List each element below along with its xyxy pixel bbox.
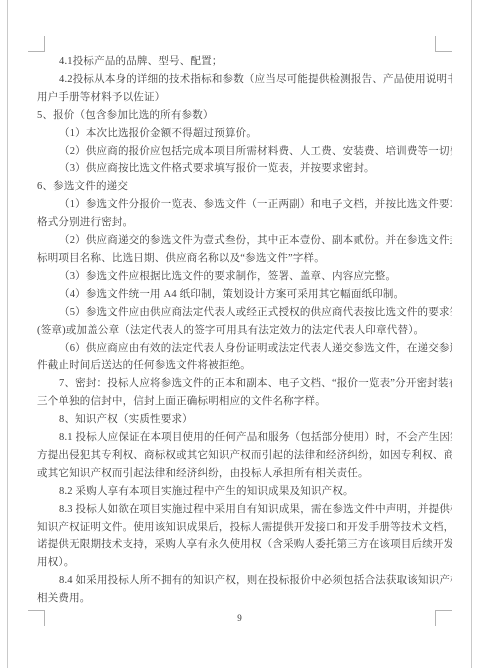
document-line: 用户手册等材料予以佐证）	[37, 89, 452, 107]
crop-mark-top-left	[28, 36, 45, 52]
document-line: （3）参选文件应根据比选文件的要求制作，签署、盖章、内容应完整。	[37, 268, 452, 286]
document-line: 标明项目名称、比选日期、供应商名称以及“参选文件”字样。	[37, 250, 452, 268]
document-line: （2）供应商递交的参选文件为壹式叁份，其中正本壹份、副本贰份。并在参选文件封面	[37, 232, 452, 250]
document-line: （1）参选文件分报价一览表、参选文件（一正两副）和电子文档，并按比选文件要求的	[37, 196, 452, 214]
page-number: 9	[0, 613, 479, 623]
document-body: 4.1投标产品的品牌、型号、配置；4.2投标从本身的详细的技术指标和参数（应当尽…	[37, 53, 452, 608]
document-line: （6）供应商应由有效的法定代表人身份证明或法定代表人递交参选文件，在递交参选文	[37, 340, 452, 358]
document-page: 4.1投标产品的品牌、型号、配置；4.2投标从本身的详细的技术指标和参数（应当尽…	[0, 0, 479, 668]
document-line: 8、知识产权（实质性要求）	[37, 411, 452, 429]
page-edge-right	[471, 0, 472, 668]
document-line: （1）本次比选报价金额不得超过预算价。	[37, 125, 452, 143]
document-line: 格式分别进行密封。	[37, 214, 452, 232]
document-line: 5、报价（包含参加比选的所有参数）	[37, 107, 452, 125]
page-edge-left	[7, 0, 8, 668]
document-line: 相关费用。	[37, 590, 452, 608]
document-line: （2）供应商的报价应包括完成本项目所需材料费、人工费、安装费、培训费等一切费用。	[37, 143, 452, 161]
document-line: 4.2投标从本身的详细的技术指标和参数（应当尽可能提供检测报告、产品使用说明书、	[37, 71, 452, 89]
document-line: 8.4 如采用投标人所不拥有的知识产权，则在投标报价中必须包括合法获取该知识产权…	[37, 572, 452, 590]
document-line: 用权）。	[37, 554, 452, 572]
document-line: 7、密封：投标人应将参选文件的正本和副本、电子文档、“报价一览表”分开密封装在	[37, 375, 452, 393]
document-line: 8.3 投标人如欲在项目实施过程中采用自有知识成果，需在参选文件中声明，并提供相…	[37, 501, 452, 519]
document-line: 知识产权证明文件。使用该知识成果后，投标人需提供开发接口和开发手册等技术文档，并…	[37, 519, 452, 537]
document-line: （5）参选文件应由供应商法定代表人或经正式授权的供应商代表按比选文件的要求签字	[37, 304, 452, 322]
document-line: (签章)或加盖公章（法定代表人的签字可用具有法定效力的法定代表人印章代替）。	[37, 322, 452, 340]
document-line: 方提出侵犯其专利权、商标权或其它知识产权而引起的法律和经济纠纷，如因专利权、商标…	[37, 447, 452, 465]
document-line: （3）供应商按比选文件格式要求填写报价一览表，并按要求密封。	[37, 160, 452, 178]
document-line: 8.1 投标人应保证在本项目使用的任何产品和服务（包括部分使用）时，不会产生因第…	[37, 429, 452, 447]
document-line: 4.1投标产品的品牌、型号、配置；	[37, 53, 452, 71]
document-line: 或其它知识产权而引起法律和经济纠纷，由投标人承担所有相关责任。	[37, 465, 452, 483]
document-line: （4）参选文件统一用 A4 纸印制，策划设计方案可采用其它幅面纸印制。	[37, 286, 452, 304]
document-line: 诺提供无限期技术支持，采购人享有永久使用权（含采购人委托第三方在该项目后续开发的…	[37, 536, 452, 554]
document-line: 8.2 采购人享有本项目实施过程中产生的知识成果及知识产权。	[37, 483, 452, 501]
document-line: 件截止时间后送达的任何参选文件将被拒绝。	[37, 357, 452, 375]
document-line: 三个单独的信封中，信封上面正确标明相应的文件名称字样。	[37, 393, 452, 411]
document-line: 6、参选文件的递交	[37, 178, 452, 196]
crop-mark-top-right	[435, 36, 452, 52]
